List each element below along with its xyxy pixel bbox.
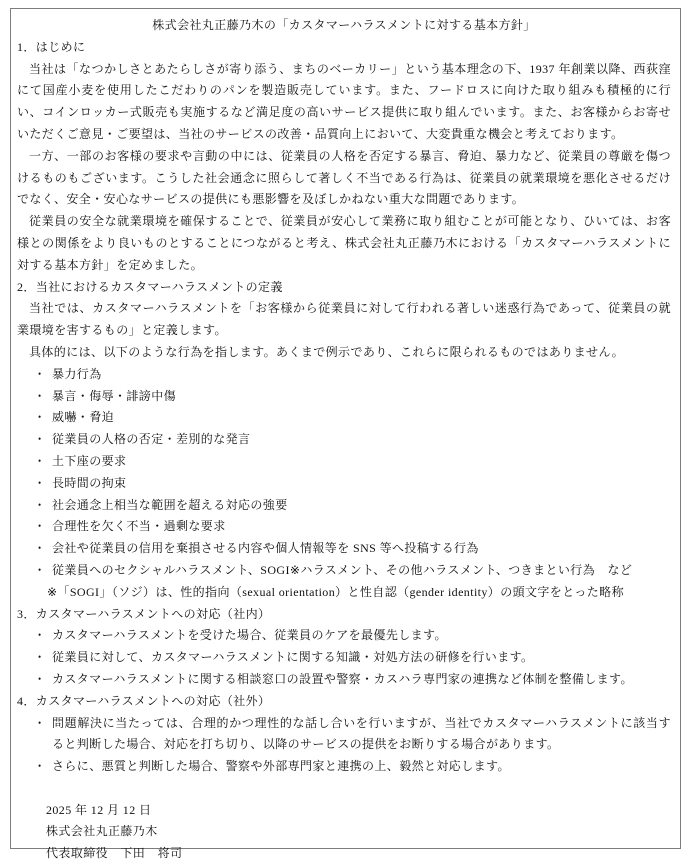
bullet-item: • 土下座の要求 — [17, 451, 671, 473]
section-1-paragraph: 一方、一部のお客様の要求や言動の中には、従業員の人格を否定する暴言、脅迫、暴力な… — [17, 146, 671, 211]
date-line: 2025 年 12 月 12 日 — [46, 800, 671, 822]
bullet-text: カスタマーハラスメントを受けた場合、従業員のケアを最優先します。 — [52, 628, 447, 642]
bullet-text: 従業員へのセクシャルハラスメント、SOGI※ハラスメント、その他ハラスメント、つ… — [52, 563, 632, 577]
bullet-text: さらに、悪質と判断した場合、警察や外部専門家と連携の上、毅然と対応します。 — [52, 759, 510, 773]
bullet-icon: • — [38, 429, 42, 451]
section-3-heading: 3．カスタマーハラスメントへの対応（社内） — [17, 604, 671, 626]
bullet-item: • 長時間の拘束 — [17, 473, 671, 495]
bullet-icon: • — [38, 473, 42, 495]
bullet-text: 会社や従業員の信用を棄損させる内容や個人情報等を SNS 等へ投稿する行為 — [52, 541, 479, 555]
signature-block: 2025 年 12 月 12 日 株式会社丸正藤乃木 代表取締役 下田 将司 — [17, 800, 671, 859]
bullet-text: 長時間の拘束 — [52, 476, 126, 490]
bullet-icon: • — [38, 560, 42, 582]
bullet-item: • 従業員へのセクシャルハラスメント、SOGI※ハラスメント、その他ハラスメント… — [17, 560, 671, 582]
policy-document-page: 株式会社丸正藤乃木の「カスタマーハラスメントに対する基本方針」 1．はじめに 当… — [10, 8, 681, 849]
bullet-icon: • — [38, 713, 42, 735]
company-line: 株式会社丸正藤乃木 — [46, 821, 671, 843]
section-2-paragraph: 当社では、カスタマーハラスメントを「お客様から従業員に対して行われる著しい迷惑行… — [17, 298, 671, 342]
bullet-item: • カスタマーハラスメントを受けた場合、従業員のケアを最優先します。 — [17, 625, 671, 647]
bullet-icon: • — [38, 451, 42, 473]
bullet-item: • 合理性を欠く不当・過剰な要求 — [17, 516, 671, 538]
bullet-text: 土下座の要求 — [52, 454, 126, 468]
bullet-icon: • — [38, 625, 42, 647]
bullet-icon: • — [38, 756, 42, 778]
bullet-icon: • — [38, 495, 42, 517]
bullet-text: 威嚇・脅迫 — [52, 410, 114, 424]
section-1-paragraph: 当社は「なつかしさとあたらしさが寄り添う、まちのベーカリー」という基本理念の下、… — [17, 59, 671, 146]
document-title: 株式会社丸正藤乃木の「カスタマーハラスメントに対する基本方針」 — [17, 15, 671, 37]
bullet-item: • 従業員に対して、カスタマーハラスメントに関する知識・対処方法の研修を行います… — [17, 647, 671, 669]
bullet-item: • 会社や従業員の信用を棄損させる内容や個人情報等を SNS 等へ投稿する行為 — [17, 538, 671, 560]
section-2-heading: 2．当社におけるカスタマーハラスメントの定義 — [17, 277, 671, 299]
bullet-text: 暴言・侮辱・誹謗中傷 — [52, 389, 176, 403]
bullet-text: カスタマーハラスメントに関する相談窓口の設置や警察・カスハラ専門家の連携など体制… — [52, 672, 633, 686]
section-1-heading: 1．はじめに — [17, 37, 671, 59]
bullet-text: 合理性を欠く不当・過剰な要求 — [52, 519, 226, 533]
bullet-item: • 威嚇・脅迫 — [17, 407, 671, 429]
bullet-icon: • — [38, 647, 42, 669]
bullet-text: 暴力行為 — [52, 367, 102, 381]
bullet-item: • 問題解決に当たっては、合理的かつ理性的な話し合いを行いますが、当社でカスタマ… — [17, 713, 671, 757]
bullet-icon: • — [38, 669, 42, 691]
bullet-item: • 暴力行為 — [17, 364, 671, 386]
bullet-text: 従業員に対して、カスタマーハラスメントに関する知識・対処方法の研修を行います。 — [52, 650, 533, 664]
bullet-item: • カスタマーハラスメントに関する相談窓口の設置や警察・カスハラ専門家の連携など… — [17, 669, 671, 691]
bullet-item: • 暴言・侮辱・誹謗中傷 — [17, 386, 671, 408]
section-1-paragraph: 従業員の安全な就業環境を確保することで、従業員が安心して業務に取り組むことが可能… — [17, 211, 671, 276]
signature-line: 代表取締役 下田 将司 — [46, 843, 671, 859]
bullet-icon: • — [38, 364, 42, 386]
bullet-icon: • — [38, 386, 42, 408]
bullet-text: 問題解決に当たっては、合理的かつ理性的な話し合いを行いますが、当社でカスタマーハ… — [52, 716, 671, 752]
bullet-icon: • — [38, 516, 42, 538]
bullet-icon: • — [38, 407, 42, 429]
bullet-item: • 社会通念上相当な範囲を超える対応の強要 — [17, 495, 671, 517]
bullet-item: • さらに、悪質と判断した場合、警察や外部専門家と連携の上、毅然と対応します。 — [17, 756, 671, 778]
bullet-text: 従業員の人格の否定・差別的な発言 — [52, 432, 250, 446]
section-4-heading: 4．カスタマーハラスメントへの対応（社外） — [17, 691, 671, 713]
section-2-paragraph: 具体的には、以下のような行為を指します。あくまで例示であり、これらに限られるもの… — [17, 342, 671, 364]
bullet-icon: • — [38, 538, 42, 560]
bullet-text: 社会通念上相当な範囲を超える対応の強要 — [52, 498, 288, 512]
bullet-item: • 従業員の人格の否定・差別的な発言 — [17, 429, 671, 451]
sogi-note: ※「SOGI」（ソジ）は、性的指向（sexual orientation）と性自… — [17, 582, 671, 604]
